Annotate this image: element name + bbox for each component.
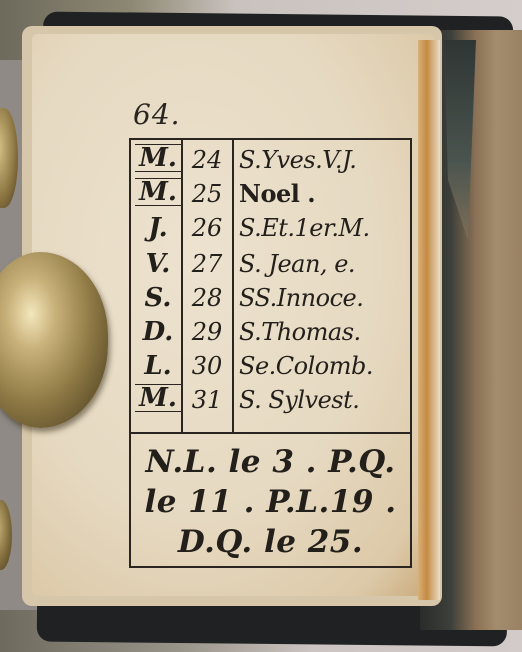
page-number: 64. [133, 98, 181, 131]
saint-name: Se.Colomb. [239, 350, 411, 382]
saint-name: S.Yves.V.J. [239, 144, 411, 176]
calendar-row: S. 28 SS.Innoce. [131, 282, 410, 314]
calendar-row: J. 26 S.Et.1er.M. [131, 212, 410, 244]
day-number: 30 [183, 350, 231, 382]
calendar-table: M. 24 S.Yves.V.J. M. 25 Noel . J. 26 S.E… [129, 138, 412, 568]
moon-phase-line: D.Q. le 25. [131, 522, 410, 562]
calendar-row: M. 24 S.Yves.V.J. [131, 144, 410, 176]
day-number: 31 [183, 384, 231, 416]
saint-name: S.Et.1er.M. [239, 212, 411, 244]
moon-phase-line: le 11 . P.L.19 . [131, 482, 410, 522]
calendar-row: M. 31 S. Sylvest. [131, 384, 410, 416]
calendar-row: V. 27 S. Jean, e. [131, 248, 410, 280]
saint-name: S. Jean, e. [239, 248, 411, 280]
moon-phases-box: N.L. le 3 . P.Q. le 11 . P.L.19 . D.Q. l… [131, 434, 410, 566]
saint-name: SS.Innoce. [239, 282, 411, 314]
clasp-bottom-knob [0, 500, 12, 570]
day-number: 27 [183, 248, 231, 280]
day-number: 28 [183, 282, 231, 314]
weekday: D. [135, 316, 181, 348]
saint-name: Noel . [239, 178, 411, 210]
day-number: 24 [183, 144, 231, 176]
weekday: M. [135, 384, 181, 412]
calendar-row: M. 25 Noel . [131, 178, 410, 210]
weekday: M. [135, 178, 181, 206]
weekday: S. [135, 282, 181, 314]
day-number: 26 [183, 212, 231, 244]
weekday: J. [135, 212, 181, 244]
moon-phase-line: N.L. le 3 . P.Q. [131, 442, 410, 482]
saint-name: S. Sylvest. [239, 384, 411, 416]
calendar-row: D. 29 S.Thomas. [131, 316, 410, 348]
weekday: M. [135, 144, 181, 172]
weekday: V. [135, 248, 181, 280]
saint-name: S.Thomas. [239, 316, 411, 348]
calendar-row: L. 30 Se.Colomb. [131, 350, 410, 382]
clasp-top-knob [0, 108, 18, 208]
day-number: 29 [183, 316, 231, 348]
page-gutter [418, 40, 440, 600]
day-number: 25 [183, 178, 231, 210]
weekday: L. [135, 350, 181, 382]
